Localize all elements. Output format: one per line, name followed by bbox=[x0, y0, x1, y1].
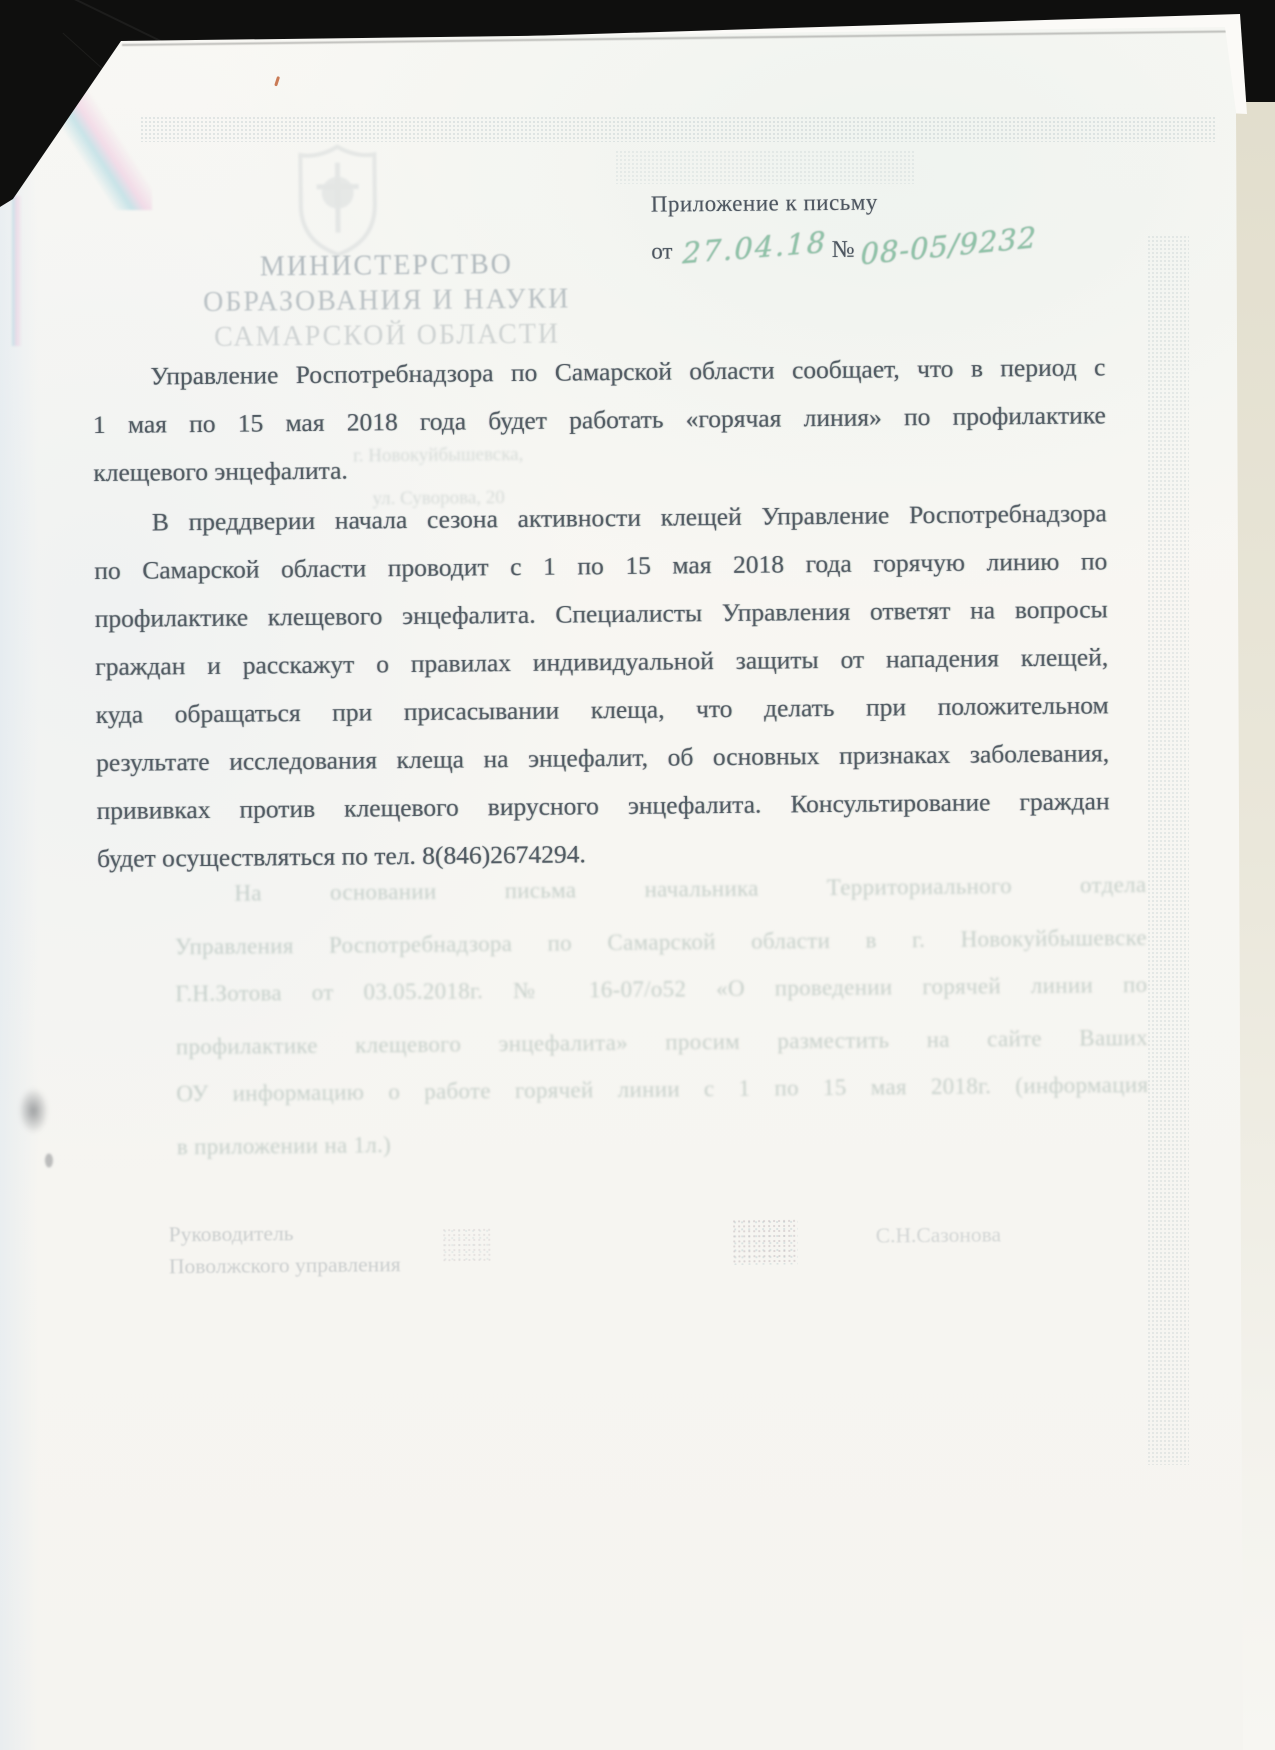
paper-sheet: МИНИСТЕРСТВО ОБРАЗОВАНИЯ И НАУКИ САМАРСК… bbox=[0, 0, 1275, 1750]
bleedthrough-signature-role: Поволжского управления bbox=[169, 1252, 401, 1279]
paper-speck bbox=[274, 76, 280, 86]
bleedthrough-signature-role: Руководитель bbox=[169, 1221, 294, 1247]
handwritten-date: 27.04.18 bbox=[682, 225, 828, 271]
bleedthrough-line: в приложении на 1л.) bbox=[177, 1116, 1149, 1169]
signature-ghost-patch bbox=[732, 1218, 798, 1265]
letterhead-line: МИНИСТЕРСТВО bbox=[164, 248, 608, 284]
edge-smudge bbox=[45, 1153, 53, 1167]
attachment-label: Приложение к письму bbox=[651, 189, 931, 218]
bleedthrough-line: На основании письма начальника Территори… bbox=[174, 863, 1146, 916]
bleedthrough-line: Управления Роспотребнадзора по Самарской… bbox=[175, 916, 1147, 969]
coat-of-arms-icon bbox=[291, 140, 384, 259]
handwritten-number: 08-05/9232 bbox=[861, 220, 1038, 271]
edge-smudge bbox=[18, 1088, 48, 1134]
bleedthrough-line: Г.Н.Зотова от 03.05.2018г. № 16-07/о52 «… bbox=[175, 963, 1147, 1016]
bleedthrough-line: ОУ информацию о работе горячей линии с 1… bbox=[176, 1063, 1148, 1116]
bleedthrough-address-line: г. Новокуйбышевска, bbox=[328, 444, 548, 468]
document-content: МИНИСТЕРСТВО ОБРАЗОВАНИЯ И НАУКИ САМАРСК… bbox=[0, 0, 1275, 1750]
body-line: клещевого энцефалита. bbox=[93, 439, 1106, 497]
bleedthrough-line: профилактике клещевого энцефалита» проси… bbox=[176, 1016, 1148, 1069]
attachment-reference: от27.04.18№08-05/9232 bbox=[651, 228, 1071, 266]
scanned-document-page: МИНИСТЕРСТВО ОБРАЗОВАНИЯ И НАУКИ САМАРСК… bbox=[0, 0, 1275, 1750]
number-sign: № bbox=[832, 237, 855, 263]
from-label: от bbox=[651, 238, 672, 263]
signature-ghost-patch bbox=[442, 1227, 492, 1263]
bleedthrough-signature-name: С.Н.Сазонова bbox=[876, 1222, 1002, 1248]
letterhead-line: ОБРАЗОВАНИЯ И НАУКИ bbox=[165, 283, 609, 319]
